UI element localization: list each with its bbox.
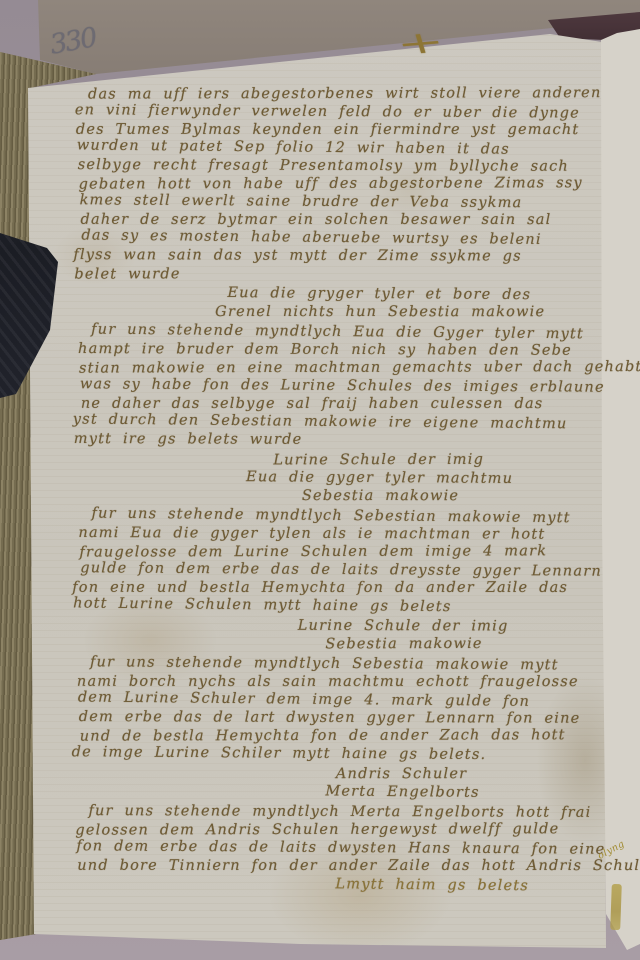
manuscript-line: dem erbe das de lart dwysten gyger Lenna… — [79, 708, 577, 728]
manuscript-block: fur uns stehende myndtlych Sebestian mak… — [76, 506, 574, 616]
manuscript-line: belet wurde — [74, 264, 572, 283]
manuscript-line: Lmytt haim gs belets — [288, 875, 576, 896]
manuscript-line: Merta Engelborts — [233, 781, 571, 802]
invocation-cross-mark: + — [392, 24, 450, 63]
manuscript-block: fur uns stehende myndtlych Sebestia mako… — [76, 654, 574, 764]
manuscript-line: Andris Schuler — [233, 765, 571, 783]
manuscript-line: mytt ire gs belets wurde — [74, 430, 572, 450]
manuscript-line: Sebestia makowie — [235, 635, 573, 654]
manuscript-line: und de bestla Hemychta fon de ander Zach… — [80, 726, 578, 745]
manuscript-line: en vini fierwynder verwelen feld do er u… — [75, 101, 573, 122]
manuscript-line: stian makowie en eine machtman gemachts … — [79, 358, 577, 377]
manuscript-block: Lurine Schule der imigSebestia makowie — [76, 616, 574, 654]
manuscript-line: Lurine Schule der imig — [185, 451, 573, 470]
manuscript-block: Andris SchulerMerta Engelborts — [76, 764, 574, 802]
manuscript-block: fur uns stehende myndtlych Eua die Gyger… — [77, 322, 575, 450]
manuscript-line: gulde fon dem erbe das de laits dreysste… — [80, 559, 578, 580]
manuscript-line: gebaten hott von habe uff des abgestorbe… — [79, 174, 577, 193]
manuscript-block: das ma uff iers abegestorbenes wirt stol… — [77, 84, 576, 284]
manuscript-line: de imge Lurine Schiler mytt haine gs bel… — [72, 743, 570, 764]
ink-stain — [610, 884, 622, 930]
manuscript-line: kmes stell ewerlt saine brudre der Veba … — [80, 191, 578, 212]
manuscript-line: Sebestia makowie — [187, 487, 575, 505]
manuscript-line: hampt ire bruder dem Borch nich sy haben… — [78, 340, 576, 360]
manuscript-line: was sy habe fon des Lurine Schules des i… — [80, 375, 578, 396]
manuscript-line: fur uns stehende myndtlych Sebestia mako… — [90, 653, 574, 674]
manuscript-text: das ma uff iers abegestorbenes wirt stol… — [75, 84, 576, 895]
manuscript-line: Lurine Schule der imig — [234, 617, 572, 636]
manuscript-photo: 330 + das ma uff iers abegestorbenes wir… — [0, 0, 640, 960]
manuscript-line: selbyge recht fresagt Presentamolsy ym b… — [78, 156, 576, 176]
manuscript-line: fur uns stehende myndtlych Merta Engelbo… — [88, 802, 572, 822]
manuscript-line: nami Eua die gyger tylen als ie machtman… — [78, 524, 576, 544]
manuscript-line: Eua die gryger tyler et bore des — [185, 284, 573, 305]
manuscript-line: gelossen dem Andris Schulen hergewyst dw… — [75, 820, 573, 839]
manuscript-block: Eua die gryger tyler et bore desGrenel n… — [77, 284, 575, 322]
manuscript-line: das ma uff iers abegestorbenes wirt stol… — [88, 84, 572, 103]
manuscript-line: Grenel nichts hun Sebestia makowie — [186, 303, 574, 321]
manuscript-line: hott Lurine Schulen mytt haine gs belets — [73, 594, 571, 617]
manuscript-block: Lurine Schule der imigEua die gyger tyle… — [77, 450, 575, 506]
manuscript-line: Eua die gyger tyler machtmu — [186, 468, 574, 489]
manuscript-block: Lmytt haim gs belets — [75, 875, 573, 895]
manuscript-line: flyss wan sain das yst mytt der Zime ssy… — [73, 246, 571, 266]
manuscript-line: fon dem erbe das de laits dwysten Hans k… — [76, 837, 574, 858]
manuscript-line: und bore Tinniern fon der ander Zaile da… — [77, 857, 575, 875]
manuscript-line: fraugelosse dem Lurine Schulen dem imige… — [79, 542, 577, 561]
manuscript-block: fur uns stehende myndtlych Merta Engelbo… — [75, 802, 573, 876]
